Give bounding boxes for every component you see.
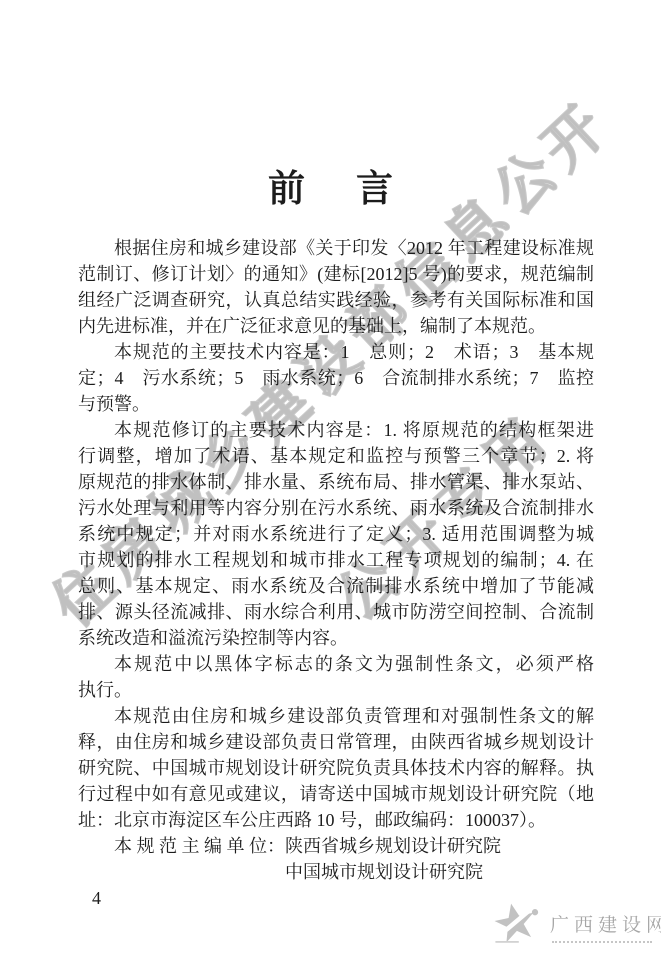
chief-editor-row: 本 规 范 主 编 单 位： 陕西省城乡规划设计研究院中国城市规划设计研究院 xyxy=(78,833,594,885)
body-line: 行调整，增加了术语、基本规定和监控与预警三个章节；2. 将 xyxy=(78,443,594,469)
logo-tagline-text xyxy=(552,941,652,943)
body-line: 组经广泛调查研究，认真总结实践经验，参考有关国际标准和国 xyxy=(78,287,594,313)
body-line: 市规划的排水工程规划和城市排水工程专项规划的编制；4. 在 xyxy=(78,547,594,573)
document-page: 住房城乡建设部信息公开 公开专用 前 言 根据住房和城乡建设部《关于印发〈201… xyxy=(0,0,661,958)
body-line: 址：北京市海淀区车公庄西路 10 号，邮政编码：100037）。 xyxy=(78,807,594,833)
body-paragraphs: 根据住房和城乡建设部《关于印发〈2012 年工程建设标准规范制订、修订计划〉的通… xyxy=(78,235,594,833)
body-line: 系统中规定；并对雨水系统进行了定义；3. 适用范围调整为城 xyxy=(78,521,594,547)
body-line: 系统改造和溢流污染控制等内容。 xyxy=(78,625,594,651)
body-line: 污水处理与利用等内容分别在污水系统、雨水系统及合流制排水 xyxy=(78,495,594,521)
body-line: 本规范中以黑体字标志的条文为强制性条文，必须严格 xyxy=(78,651,594,677)
body-line: 本规范的主要技术内容是：1 总则；2 术语；3 基本规 xyxy=(78,339,594,365)
body-line: 原规范的排水体制、排水量、系统布局、排水管渠、排水泵站、 xyxy=(78,469,594,495)
logo-site-name: 广西建设网 xyxy=(550,910,661,937)
editor-unit: 中国城市规划设计研究院 xyxy=(285,859,501,885)
page-number: 4 xyxy=(92,888,101,909)
body-line: 行过程中如有意见或建议，请寄送中国城市规划设计研究院（地 xyxy=(78,781,594,807)
body-line: 研究院、中国城市规划设计研究院负责具体技术内容的解释。执 xyxy=(78,755,594,781)
editor-units: 陕西省城乡规划设计研究院中国城市规划设计研究院 xyxy=(285,833,501,885)
editor-unit: 陕西省城乡规划设计研究院 xyxy=(285,833,501,859)
body-text: 根据住房和城乡建设部《关于印发〈2012 年工程建设标准规范制订、修订计划〉的通… xyxy=(78,235,594,885)
chief-editor-label: 本 规 范 主 编 单 位： xyxy=(114,833,285,885)
body-line: 与预警。 xyxy=(78,391,594,417)
body-line: 总则、基本规定、雨水系统及合流制排水系统中增加了节能减 xyxy=(78,573,594,599)
site-logo: 广西建设网 xyxy=(490,894,658,954)
body-line: 执行。 xyxy=(78,677,594,703)
body-line: 范制订、修订计划〉的通知》(建标[2012]5 号)的要求，规范编制 xyxy=(78,261,594,287)
body-line: 内先进标准，并在广泛征求意见的基础上，编制了本规范。 xyxy=(78,313,594,339)
body-line: 定；4 污水系统；5 雨水系统；6 合流制排水系统；7 监控 xyxy=(78,365,594,391)
star-swoosh-icon xyxy=(490,896,544,955)
body-line: 释，由住房和城乡建设部负责日常管理，由陕西省城乡规划设计 xyxy=(78,729,594,755)
page-title: 前 言 xyxy=(0,158,661,212)
body-line: 根据住房和城乡建设部《关于印发〈2012 年工程建设标准规 xyxy=(78,235,594,261)
body-line: 本规范修订的主要技术内容是：1. 将原规范的结构框架进 xyxy=(78,417,594,443)
page-content: 前 言 根据住房和城乡建设部《关于印发〈2012 年工程建设标准规范制订、修订计… xyxy=(0,0,661,958)
body-line: 本规范由住房和城乡建设部负责管理和对强制性条文的解 xyxy=(78,703,594,729)
body-line: 排、源头径流减排、雨水综合利用、城市防涝空间控制、合流制 xyxy=(78,599,594,625)
